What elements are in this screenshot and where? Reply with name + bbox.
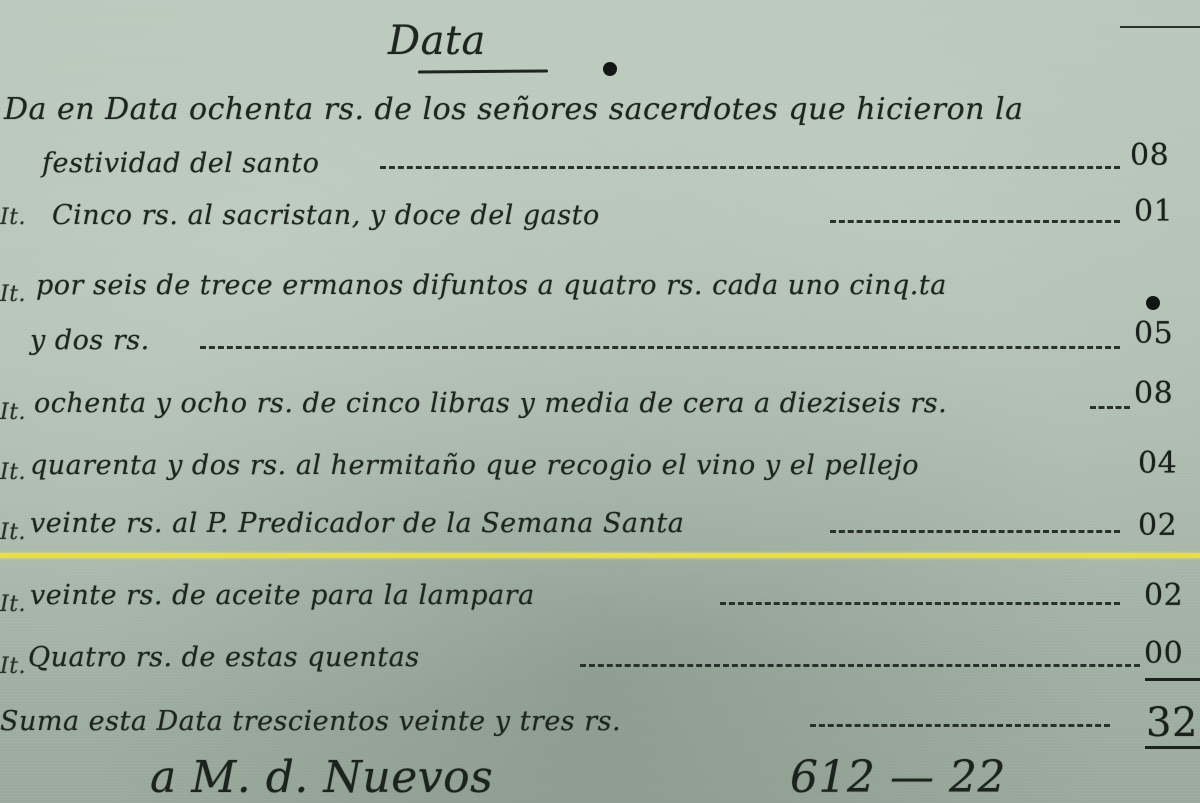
item-marker: It. <box>0 205 26 230</box>
entry-text-line: festividad del santo <box>42 148 319 179</box>
total-amount: 32 <box>1146 700 1198 746</box>
entry-text-line: quarenta y dos rs. al hermitaño que reco… <box>30 450 919 481</box>
ink-blot <box>603 62 617 76</box>
entry-text-line: Quatro rs. de estas quentas <box>28 642 420 673</box>
entry-amount: 02 <box>1138 508 1177 543</box>
leader-dashes <box>580 664 1140 667</box>
leader-dashes <box>380 166 1120 169</box>
entry-text-line: Da en Data ochenta rs. de los señores sa… <box>4 92 1024 127</box>
entry-text-line: Cinco rs. al sacristan, y doce del gasto <box>52 200 600 231</box>
sum-rule-bottom <box>1145 746 1200 749</box>
leader-dashes <box>200 346 1120 349</box>
item-marker: It. <box>0 282 26 307</box>
leader-dashes <box>720 602 1120 605</box>
item-marker: It. <box>0 520 26 545</box>
footer-right-text: 612 — 22 <box>790 752 1006 803</box>
section-title: Data <box>388 18 486 64</box>
title-underline <box>418 69 548 73</box>
top-right-rule <box>1120 26 1200 28</box>
entry-amount: 02 <box>1144 578 1183 613</box>
leader-dashes <box>1090 406 1130 409</box>
entry-amount: 08 <box>1134 376 1173 411</box>
ink-blot <box>1146 296 1160 310</box>
entry-text-line: veinte rs. de aceite para la lampara <box>30 580 535 611</box>
footer-left-text: a M. d. Nuevos <box>150 752 493 803</box>
item-marker: It. <box>0 592 26 617</box>
entry-text-line: ochenta y ocho rs. de cinco libras y med… <box>34 388 947 419</box>
entry-amount: 08 <box>1130 138 1169 173</box>
annotation-highlight-line <box>0 553 1200 558</box>
leader-dashes <box>830 220 1120 223</box>
total-text: Suma esta Data trescientos veinte y tres… <box>0 706 621 737</box>
entry-text-line: y dos rs. <box>30 325 150 356</box>
entry-amount: 01 <box>1134 194 1173 229</box>
entry-amount: 04 <box>1138 446 1177 481</box>
item-marker: It. <box>0 460 26 485</box>
entry-text-line: veinte rs. al P. Predicador de la Semana… <box>30 508 684 539</box>
item-marker: It. <box>0 654 26 679</box>
entry-text-line: por seis de trece ermanos difuntos a qua… <box>36 270 947 301</box>
sum-rule-top <box>1145 678 1200 681</box>
item-marker: It. <box>0 400 26 425</box>
entry-amount: 00 <box>1144 636 1183 671</box>
manuscript-page: Data Da en Data ochenta rs. de los señor… <box>0 0 1200 803</box>
leader-dashes <box>810 724 1110 727</box>
entry-amount: 05 <box>1134 316 1173 351</box>
leader-dashes <box>830 530 1120 533</box>
